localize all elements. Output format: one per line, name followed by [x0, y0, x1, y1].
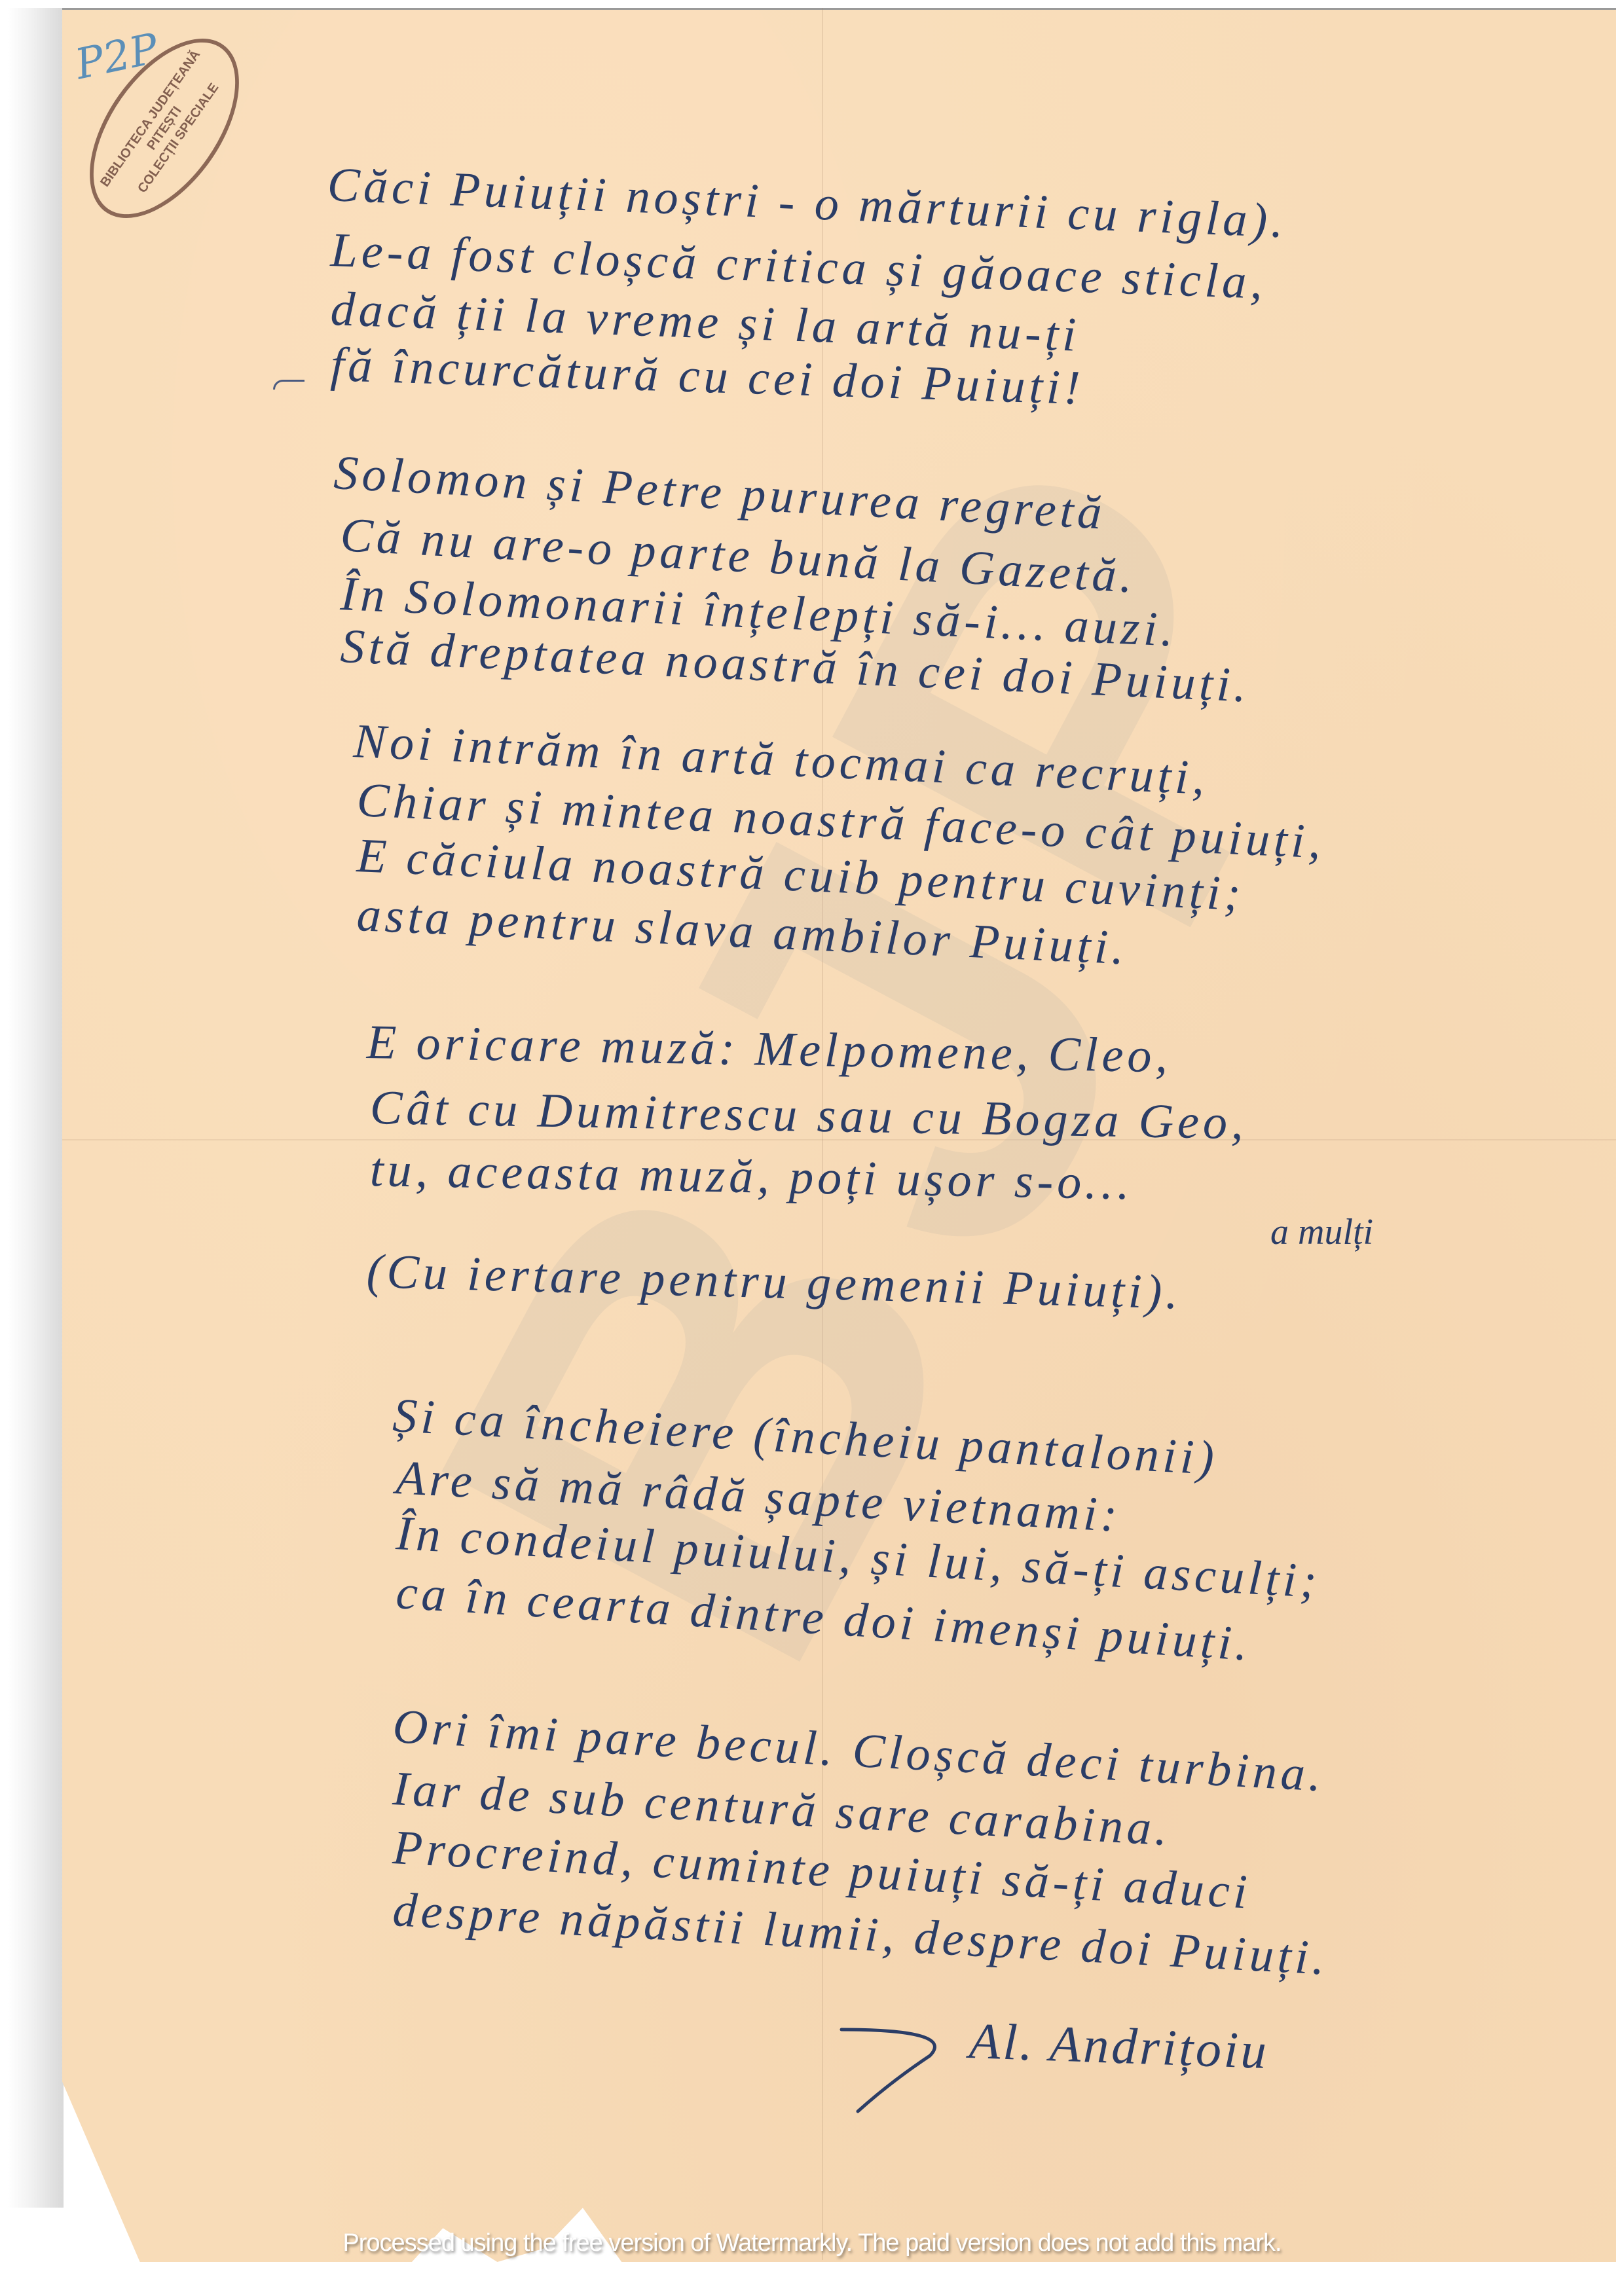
- processing-watermark-notice: Processed using the free version of Wate…: [0, 2229, 1624, 2257]
- margin-mark: [273, 380, 304, 390]
- signature: Al. Andrițoiu: [969, 2011, 1270, 2081]
- inserted-words: a mulți: [1270, 1211, 1373, 1253]
- scan-left-shadow: [8, 8, 64, 2208]
- signature-flourish-icon: [838, 2016, 969, 2115]
